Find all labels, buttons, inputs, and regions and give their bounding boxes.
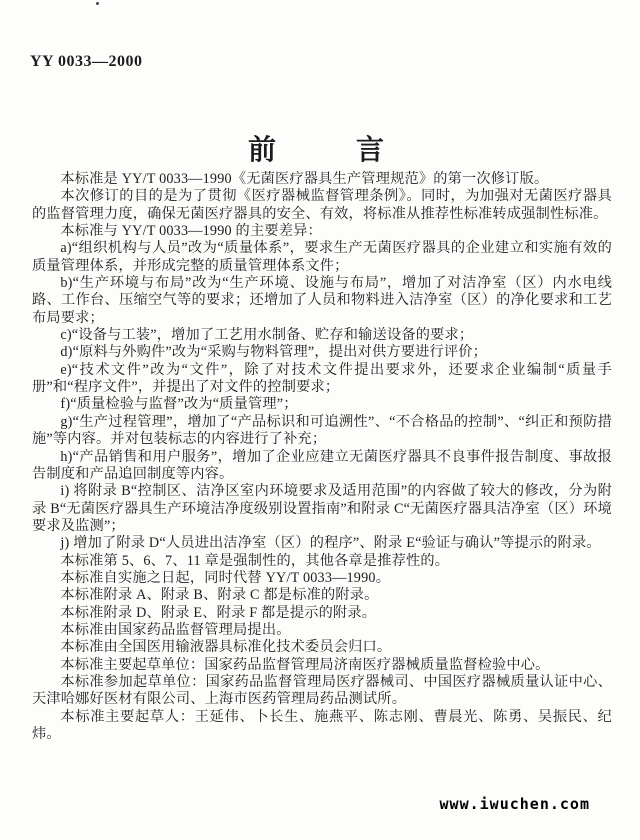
paragraph-item-b: b)“生产环境与布局”改为“生产环境、设施与布局”，增加了对洁净室（区）内水电线… [32, 275, 612, 327]
paragraph-item-a: a)“组织机构与人员”改为“质量体系”，要求生产无菌医疗器具的企业建立和实施有效… [32, 240, 612, 275]
paragraph-drafting-org: 本标准主要起草单位：国家药品监督管理局济南医疗器械质量监督检验中心。 [32, 657, 612, 674]
paragraph-item-c: c)“设备与工装”，增加了工艺用水制备、贮存和输送设备的要求； [32, 327, 612, 344]
paragraph-annex-info: 本标准附录 D、附录 E、附录 F 都是提示的附录。 [32, 605, 612, 622]
document-number: YY 0033—2000 [30, 53, 143, 71]
watermark-url: www.iwuchen.com [440, 795, 590, 813]
paragraph-mandatory: 本标准第 5、6、7、11 章是强制性的，其他各章是推荐性的。 [32, 553, 612, 570]
paragraph-proposed-by: 本标准由国家药品监督管理局提出。 [32, 622, 612, 639]
paragraph-item-h: h)“产品销售和用户服务”，增加了企业应建立无菌医疗器具不良事件报告制度、事故报… [32, 449, 612, 484]
paragraph-partner-orgs: 本标准参加起草单位：国家药品监督管理局医疗器械司、中国医疗器械质量认证中心、天津… [32, 674, 612, 709]
scan-artifact-dot [96, 2, 99, 5]
paragraph-replaces: 本标准自实施之日起，同时代替 YY/T 0033—1990。 [32, 570, 612, 587]
paragraph-item-j: j) 增加了附录 D“人员进出洁净室（区）的程序”、附录 E“验证与确认”等提示… [32, 535, 612, 552]
paragraph-differences: 本标准与 YY/T 0033—1990 的主要差异： [32, 223, 612, 240]
paragraph-drafters: 本标准主要起草人：王延伟、卜长生、施燕平、陈志刚、曹晨光、陈勇、吴振民、纪炜。 [32, 709, 612, 744]
paragraph-item-e: e)“技术文件”改为“文件”，除了对技术文件提出要求外，还要求企业编制“质量手册… [32, 362, 612, 397]
paragraph-item-i: i) 将附录 B“控制区、洁净区室内环境要求及适用范围”的内容做了较大的修改，分… [32, 483, 612, 535]
paragraph-intro-1: 本标准是 YY/T 0033—1990《无菌医疗器具生产管理规范》的第一次修订版… [32, 171, 612, 188]
page-title: 前 言 [0, 128, 640, 168]
paragraph-item-d: d)“原料与外购件”改为“采购与物料管理”，提出对供方要进行评价； [32, 344, 612, 361]
paragraph-annex-standard: 本标准附录 A、附录 B、附录 C 都是标准的附录。 [32, 587, 612, 604]
document-body: 本标准是 YY/T 0033—1990《无菌医疗器具生产管理规范》的第一次修订版… [32, 171, 612, 743]
scanned-document-page: YY 0033—2000 前 言 本标准是 YY/T 0033—1990《无菌医… [0, 0, 640, 840]
paragraph-intro-2: 本次修订的目的是为了贯彻《医疗器械监督管理条例》。同时，为加强对无菌医疗器具的监… [32, 188, 612, 223]
paragraph-item-g: g)“生产过程管理”，增加了“产品标识和可追溯性”、“不合格品的控制”、“纠正和… [32, 414, 612, 449]
paragraph-under-juris: 本标准由全国医用输液器具标准化技术委员会归口。 [32, 639, 612, 656]
paragraph-item-f: f)“质量检验与监督”改为“质量管理”； [32, 396, 612, 413]
